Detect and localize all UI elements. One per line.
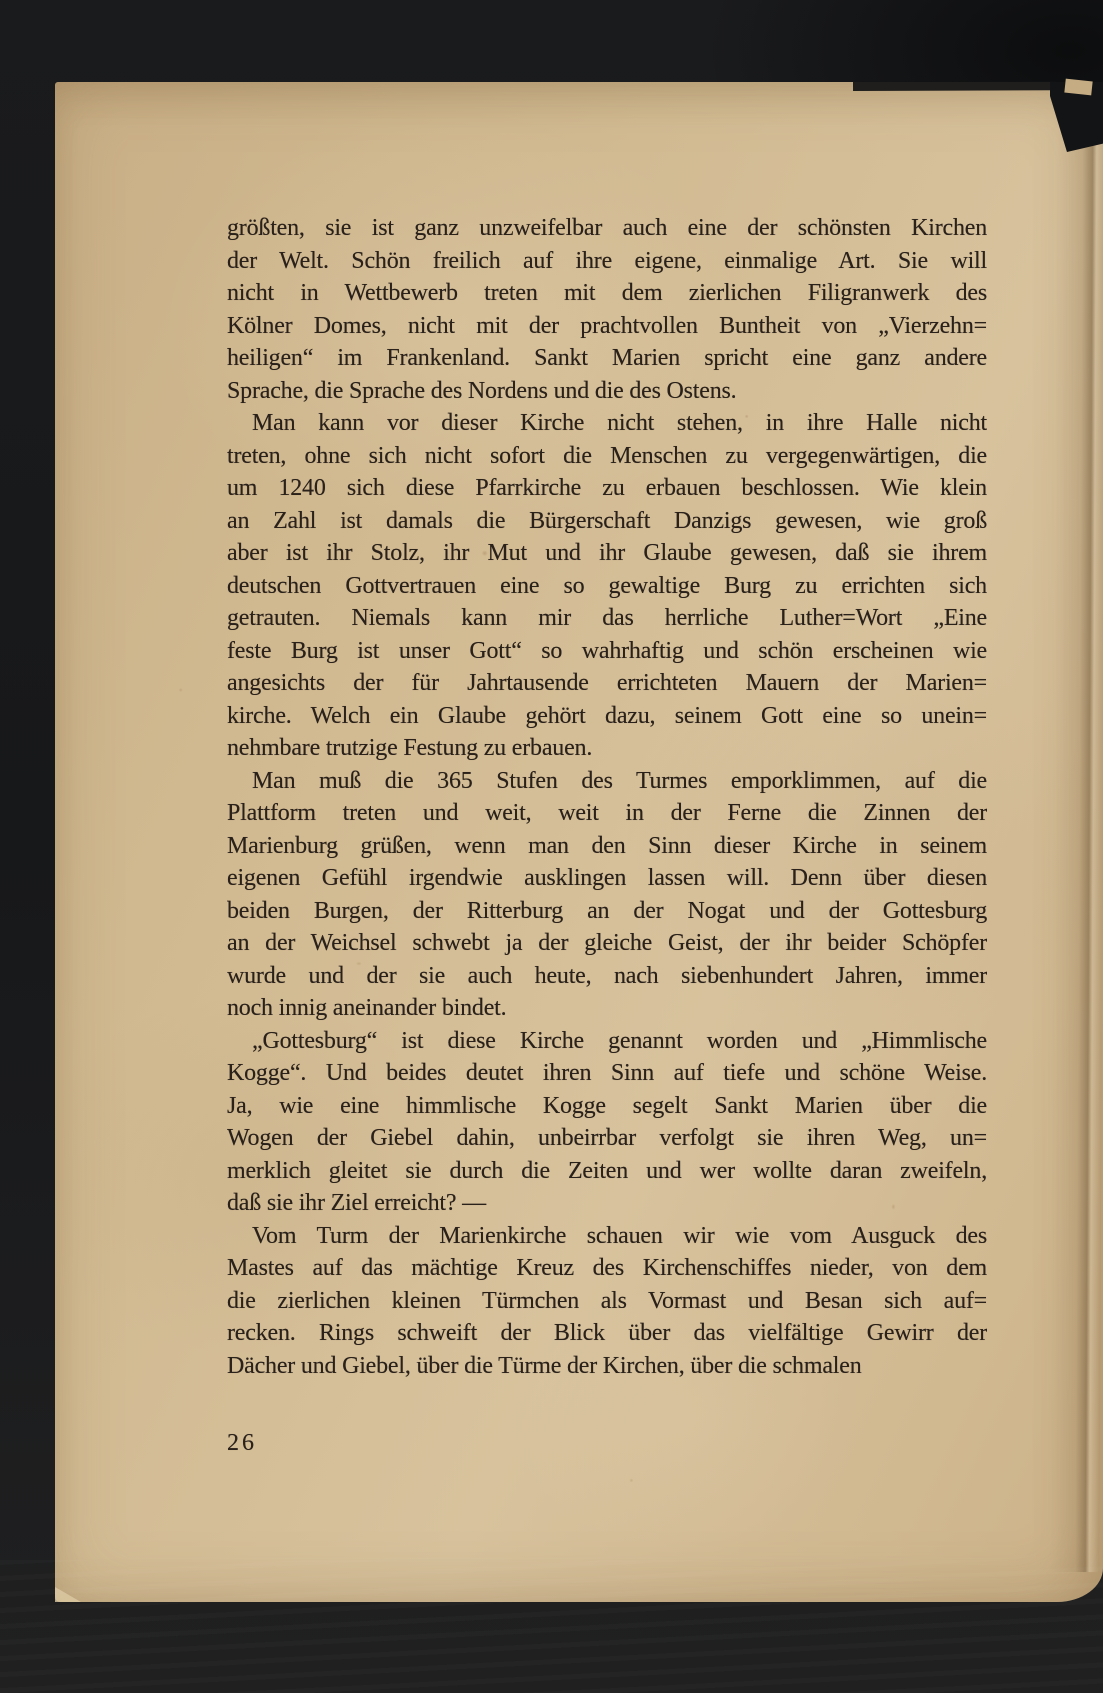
text-line: angesichts der für Jahrtausende errichte… [227,667,987,700]
text-line: kirche. Welch ein Glaube gehört dazu, se… [227,700,987,733]
text-line: beiden Burgen, der Ritterburg an der Nog… [227,895,987,928]
text-line: Dächer und Giebel, über die Türme der Ki… [227,1350,987,1383]
text-line: Man kann vor dieser Kirche nicht stehen,… [227,407,987,440]
text-line: um 1240 sich diese Pfarrkirche zu erbaue… [227,472,987,505]
gutter-crease [1049,132,1103,1572]
dog-ear [55,1580,81,1602]
text-line: Kogge“. Und beides deutet ihren Sinn auf… [227,1057,987,1090]
text-line: heiligen“ im Frankenland. Sankt Marien s… [227,342,987,375]
paragraph: Man muß die 365 Stufen des Turmes empork… [227,765,987,1025]
page-number: 26 [227,1430,257,1457]
text-line: Mastes auf das mächtige Kreuz des Kirche… [227,1252,987,1285]
text-line: nehmbare trutzige Festung zu erbauen. [227,732,987,765]
text-line: aber ist ihr Stolz, ihr Mut und ihr Glau… [227,537,987,570]
text-line: an Zahl ist damals die Bürgerschaft Danz… [227,505,987,538]
cover-edge-band [853,81,1055,91]
text-line: größten, sie ist ganz unzweifelbar auch … [227,212,987,245]
text-line: treten, ohne sich nicht sofort die Mensc… [227,440,987,473]
text-line: noch innig aneinander bindet. [227,992,987,1025]
text-line: merklich gleitet sie durch die Zeiten un… [227,1155,987,1188]
text-line: Man muß die 365 Stufen des Turmes empork… [227,765,987,798]
text-line: wurde und der sie auch heute, nach siebe… [227,960,987,993]
paragraph: Man kann vor dieser Kirche nicht stehen,… [227,407,987,765]
text-line: Ja, wie eine himmlische Kogge segelt San… [227,1090,987,1123]
text-line: recken. Rings schweift der Blick über da… [227,1317,987,1350]
text-line: nicht in Wettbewerb treten mit dem zierl… [227,277,987,310]
text-line: Kölner Domes, nicht mit der prachtvollen… [227,310,987,343]
book-page: größten, sie ist ganz unzweifelbar auch … [55,82,1103,1602]
text-line: „Gottesburg“ ist diese Kirche genannt wo… [227,1025,987,1058]
text-line: Marienburg grüßen, wenn man den Sinn die… [227,830,987,863]
page-corner-notch [1064,79,1092,96]
text-line: Vom Turm der Marienkirche schauen wir wi… [227,1220,987,1253]
text-line: daß sie ihr Ziel erreicht? — [227,1187,987,1220]
text-line: die zierlichen kleinen Türmchen als Vorm… [227,1285,987,1318]
paragraph: größten, sie ist ganz unzweifelbar auch … [227,212,987,407]
text-line: der Welt. Schön freilich auf ihre eigene… [227,245,987,278]
text-line: eigenen Gefühl irgendwie ausklingen lass… [227,862,987,895]
text-line: deutschen Gottvertrauen eine so gewaltig… [227,570,987,603]
text-line: Plattform treten und weit, weit in der F… [227,797,987,830]
text-line: Sprache, die Sprache des Nordens und die… [227,375,987,408]
body-text: größten, sie ist ganz unzweifelbar auch … [227,212,987,1382]
text-line: getrauten. Niemals kann mir das herrlich… [227,602,987,635]
scanned-book-spread: { "colors": { "paper": "#d2bb93", "ink":… [0,0,1103,1693]
text-line: an der Weichsel schwebt ja der gleiche G… [227,927,987,960]
paragraph: „Gottesburg“ ist diese Kirche genannt wo… [227,1025,987,1220]
text-line: Wogen der Giebel dahin, unbeirrbar verfo… [227,1122,987,1155]
paragraph: Vom Turm der Marienkirche schauen wir wi… [227,1220,987,1383]
text-line: feste Burg ist unser Gott“ so wahrhaftig… [227,635,987,668]
